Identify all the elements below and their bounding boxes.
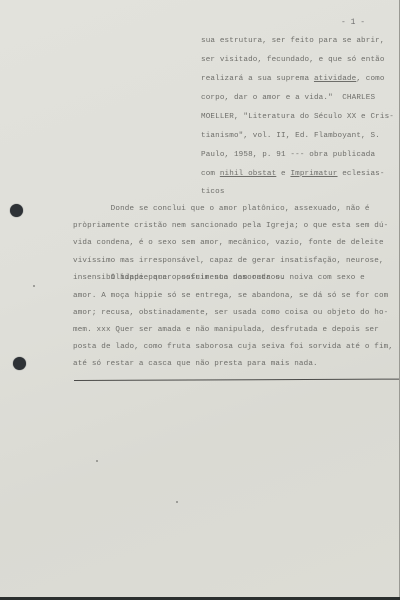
quote-line: MOELLER, "Literatura do Século XX e Cris… xyxy=(201,111,394,123)
paper-speck xyxy=(176,501,178,503)
paragraph-line: posta de lado, como fruta saborosa cuja … xyxy=(73,341,393,353)
paragraph-line: Donde se conclui que o amor platônico, a… xyxy=(73,203,370,215)
punch-hole-bottom xyxy=(13,357,26,370)
typewritten-page: - 1 - sua estrutura, ser feito para se a… xyxy=(0,0,400,597)
quote-line: Paulo, 1958, p. 91 --- obra publicada xyxy=(201,149,375,161)
paragraph-line: vida condena, é o sexo sem amor, mecânic… xyxy=(73,237,384,249)
paragraph-line: pròpriamente cristão nem sancionado pela… xyxy=(73,220,388,232)
quote-line: realizará a sua suprema atividade, como xyxy=(201,73,385,85)
paper-speck xyxy=(96,460,98,462)
paragraph-line: O hippie quer possuir sua namorada ou no… xyxy=(73,272,365,284)
punch-hole-top xyxy=(10,204,23,217)
quote-line: tianismo", vol. II, Ed. Flamboyant, S. xyxy=(201,130,380,142)
quote-line: ticos xyxy=(201,186,225,198)
paragraph-line: vivíssimo mas irresponsável, capaz de ge… xyxy=(73,255,384,267)
quote-line: com nihil obstat e Imprimatur eclesias- xyxy=(201,168,385,180)
paragraph-line: mem. xxx Quer ser amada e não manipulada… xyxy=(73,324,379,336)
quote-line: corpo, dar o amor e a vida." CHARLES xyxy=(201,92,375,104)
paragraph-line: até só restar a casca que não presta par… xyxy=(73,358,318,370)
underlined-term: nihil obstat xyxy=(220,170,276,178)
page-number: - 1 - xyxy=(341,18,365,27)
quote-line: sua estrutura, ser feito para se abrir, xyxy=(201,35,385,47)
paragraph-line: amor; recusa, obstinadamente, ser usada … xyxy=(73,307,388,319)
quote-line: ser visitado, fecundado, e que só então xyxy=(201,54,385,66)
paper-speck xyxy=(33,285,35,287)
underlined-word: atividade xyxy=(314,75,356,83)
underlined-term: Imprimatur xyxy=(290,170,337,178)
paragraph-line: amor. A moça hippie só se entrega, se ab… xyxy=(73,290,388,302)
horizontal-rule xyxy=(74,379,400,381)
